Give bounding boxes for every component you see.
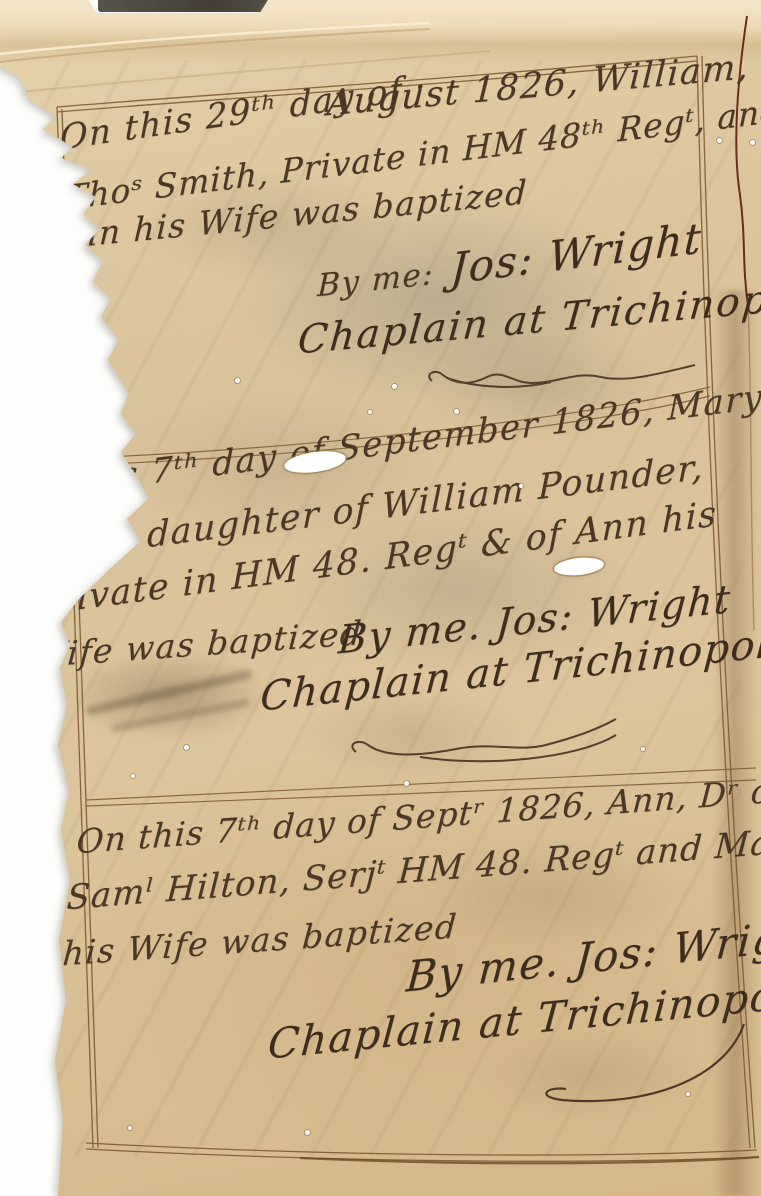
wormhole [454,409,459,414]
wormhole [686,1092,690,1096]
page-wrap: On this 29ᵗʰ day of · August 1826, Willi… [0,0,761,1196]
wormhole [392,384,397,389]
wormhole [305,1130,310,1135]
wormhole [131,774,135,778]
wormhole [404,781,409,786]
wormhole [184,745,189,750]
wormhole [128,1126,132,1130]
torn-paper-page: On this 29ᵗʰ day of · August 1826, Willi… [0,0,761,1196]
scanned-register-page: On this 29ᵗʰ day of · August 1826, Willi… [0,0,761,1196]
wormhole [235,378,240,383]
wormhole [519,484,523,488]
wormhole [368,410,372,414]
wormhole [717,138,722,143]
signature-flourish-1 [429,365,695,387]
signature-flourish-2 [352,719,616,761]
bottom-rule-stroke [300,1157,759,1163]
wormhole [750,140,755,145]
wormhole [641,747,645,751]
